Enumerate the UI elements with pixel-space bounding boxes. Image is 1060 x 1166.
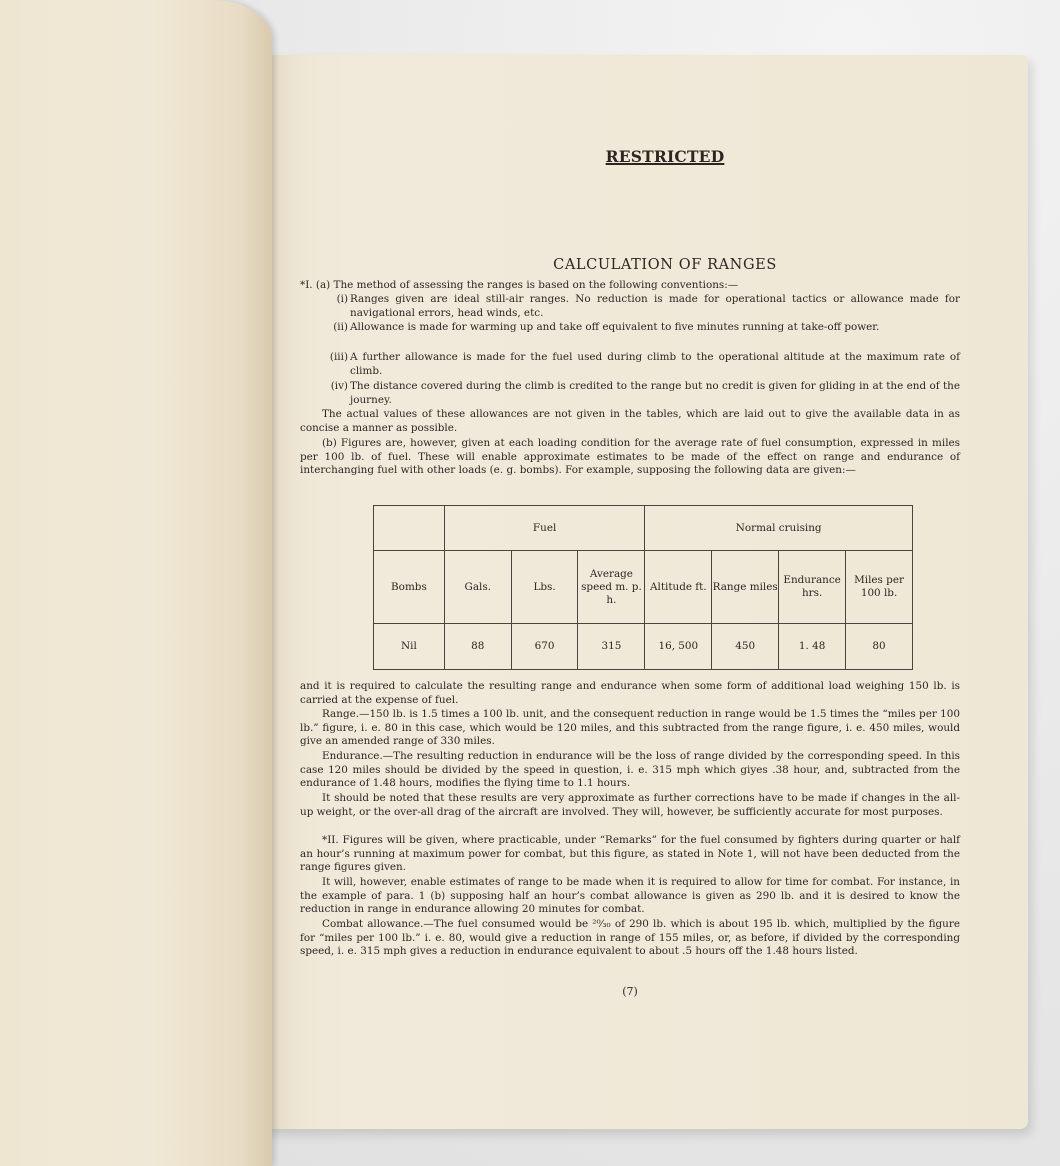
right-page: RESTRICTED CALCULATION OF RANGES *I. (a)… — [262, 55, 1028, 1129]
table-group-header-row: Fuel Normal cruising — [374, 506, 913, 551]
page-title: CALCULATION OF RANGES — [500, 259, 830, 273]
paragraph-b: (b) Figures are, however, given at each … — [300, 437, 960, 478]
estimates-paragraph: It will, however, enable estimates of ra… — [300, 876, 960, 917]
convention-number: (i) — [322, 293, 348, 307]
left-page-curl — [0, 0, 272, 1166]
table-cell: 450 — [712, 624, 779, 670]
table-cell: 670 — [511, 624, 578, 670]
combat-allowance-paragraph: Combat allowance.—The fuel consumed woul… — [300, 918, 960, 959]
column-header: Endurance hrs. — [779, 551, 846, 624]
convention-number: (ii) — [322, 321, 348, 335]
convention-text: A further allowance is made for the fuel… — [350, 351, 960, 378]
table-cell: 80 — [846, 624, 913, 670]
table-cell: 16, 500 — [645, 624, 712, 670]
range-paragraph: Range.—150 lb. is 1.5 times a 100 lb. un… — [300, 708, 960, 749]
after-table-intro: and it is required to calculate the resu… — [300, 680, 960, 707]
column-header: Miles per 100 lb. — [846, 551, 913, 624]
convention-i: (i) Ranges given are ideal still-air ran… — [350, 293, 960, 320]
column-header: Gals. — [444, 551, 511, 624]
section-1-lead: *I. (a) The method of assessing the rang… — [300, 279, 960, 293]
column-header: Altitude ft. — [645, 551, 712, 624]
convention-text: Ranges given are ideal still-air ranges.… — [350, 293, 960, 320]
column-header: Lbs. — [511, 551, 578, 624]
table-group-normal-cruising: Normal cruising — [645, 506, 913, 551]
table-group-fuel: Fuel — [444, 506, 645, 551]
column-header: Average speed m. p. h. — [578, 551, 645, 624]
convention-iv: (iv) The distance covered during the cli… — [350, 380, 960, 407]
table-row: Nil 88 670 315 16, 500 450 1. 48 80 — [374, 624, 913, 670]
table-header-blank — [374, 506, 445, 551]
convention-iii: (iii) A further allowance is made for th… — [350, 351, 960, 378]
section-2-lead: *II. Figures will be given, where practi… — [300, 834, 960, 875]
range-data-table: Fuel Normal cruising Bombs Gals. Lbs. Av… — [373, 505, 913, 670]
table-cell: 315 — [578, 624, 645, 670]
table-cell: 88 — [444, 624, 511, 670]
column-header: Range miles — [712, 551, 779, 624]
convention-ii: (ii) Allowance is made for warming up an… — [350, 321, 960, 335]
convention-number: (iv) — [322, 380, 348, 394]
endurance-paragraph: Endurance.—The resulting reduction in en… — [300, 750, 960, 791]
page-number: (7) — [615, 985, 645, 999]
table-cell: 1. 48 — [779, 624, 846, 670]
convention-text: The distance covered during the climb is… — [350, 380, 960, 407]
table-column-header-row: Bombs Gals. Lbs. Average speed m. p. h. … — [374, 551, 913, 624]
column-header: Bombs — [374, 551, 445, 624]
convention-number: (iii) — [322, 351, 348, 365]
table-cell: Nil — [374, 624, 445, 670]
convention-text: Allowance is made for warming up and tak… — [350, 321, 960, 335]
classification-heading: RESTRICTED — [590, 150, 740, 164]
approximation-note: It should be noted that these results ar… — [300, 792, 960, 819]
allowances-note: The actual values of these allowances ar… — [300, 408, 960, 435]
